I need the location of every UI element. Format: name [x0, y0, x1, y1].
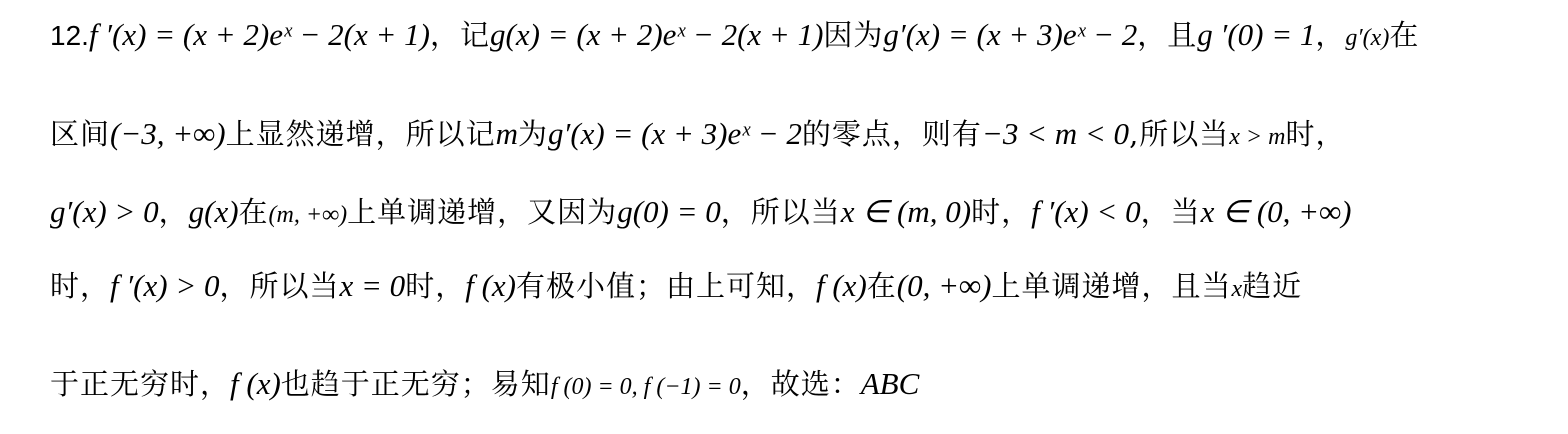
- formula-f-prime-pos: f ′(x) > 0: [110, 268, 219, 303]
- text: 时，: [405, 266, 465, 306]
- formula-m-range: −3 < m < 0: [982, 116, 1129, 151]
- formula-x: x: [1231, 276, 1242, 302]
- solution-line-5: 于正无穷时， f (x) 也趋于正无穷；易知 f (0) = 0, f (−1)…: [50, 364, 919, 404]
- text: 上单调递增，又因为: [347, 192, 617, 232]
- text: ,所以当: [1129, 114, 1229, 154]
- text: 于正无穷时，: [50, 364, 230, 404]
- formula-g-prime: g′(x) = (x + 3)eˣ − 2: [883, 17, 1137, 52]
- text: 的零点，则有: [802, 114, 982, 154]
- formula-f: f (x): [816, 268, 867, 303]
- formula-m: m: [496, 116, 518, 151]
- formula-g-zero: g(0) = 0: [617, 194, 721, 229]
- formula-f: f (x): [230, 366, 281, 401]
- answer: ABC: [861, 366, 920, 401]
- text: ，: [1315, 15, 1345, 55]
- text: 为: [518, 114, 548, 154]
- solution-line-2: 区间 (−3, +∞) 上显然递增，所以记 m 为 g′(x) = (x + 3…: [50, 114, 1345, 154]
- text: 时，: [1285, 114, 1345, 154]
- solution-line-1: 12. f ′(x) = (x + 2)eˣ − 2(x + 1) ，记 g(x…: [50, 15, 1419, 55]
- text: ，且: [1137, 15, 1197, 55]
- text: 区间: [50, 114, 110, 154]
- formula-g: g(x): [189, 194, 239, 229]
- solution-line-3: g′(x) > 0， g(x) 在 (m, +∞) 上单调递增，又因为 g(0)…: [50, 192, 1352, 232]
- formula-interval-m: (m, +∞): [269, 202, 348, 228]
- formula-f-values: f (0) = 0, f (−1) = 0: [551, 374, 741, 400]
- text: ，: [159, 192, 189, 232]
- formula-g-prime-x: g′(x): [1345, 25, 1389, 51]
- formula-f: f (x): [465, 268, 516, 303]
- text: 因为: [823, 15, 883, 55]
- formula-x-gt-m: x > m: [1229, 124, 1285, 150]
- text: ，故选：: [741, 364, 861, 404]
- text: 有极小值；由上可知，: [516, 266, 816, 306]
- text: 上显然递增，所以记: [226, 114, 496, 154]
- text: ，所以当: [219, 266, 339, 306]
- text: 上单调递增，且当: [991, 266, 1231, 306]
- text: ，所以当: [721, 192, 841, 232]
- formula-g: g(x) = (x + 2)eˣ − 2(x + 1): [490, 17, 823, 52]
- document-page: { "problem_number": "12.", "lines": [ { …: [0, 0, 1568, 434]
- formula-f-prime-neg: f ′(x) < 0: [1031, 194, 1140, 229]
- formula-g-prime: g′(x) = (x + 3)eˣ − 2: [548, 116, 802, 151]
- formula-g-prime-pos: g′(x) > 0: [50, 194, 159, 229]
- formula-x-in-m0: x ∈ (m, 0): [841, 194, 971, 229]
- text: 在: [1389, 15, 1419, 55]
- text: 在: [867, 266, 897, 306]
- text: 时，: [50, 266, 110, 306]
- solution-line-4: 时， f ′(x) > 0，所以当 x = 0 时， f (x) 有极小值；由上…: [50, 266, 1302, 306]
- text: 时，: [971, 192, 1031, 232]
- text: ，记: [430, 15, 490, 55]
- problem-number: 12.: [50, 16, 89, 56]
- text: 在: [239, 192, 269, 232]
- formula-f-prime: f ′(x) = (x + 2)eˣ − 2(x + 1): [89, 17, 430, 52]
- formula-interval: (−3, +∞): [110, 116, 226, 151]
- formula-x-in-0inf: x ∈ (0, +∞): [1201, 194, 1352, 229]
- text: ，当: [1141, 192, 1201, 232]
- text: 趋近: [1242, 266, 1302, 306]
- formula-interval-0inf: (0, +∞): [897, 268, 992, 303]
- formula-x-eq-0: x = 0: [340, 268, 406, 303]
- formula-g-prime-zero: g ′(0) = 1: [1197, 17, 1315, 52]
- text: 也趋于正无穷；易知: [281, 364, 551, 404]
